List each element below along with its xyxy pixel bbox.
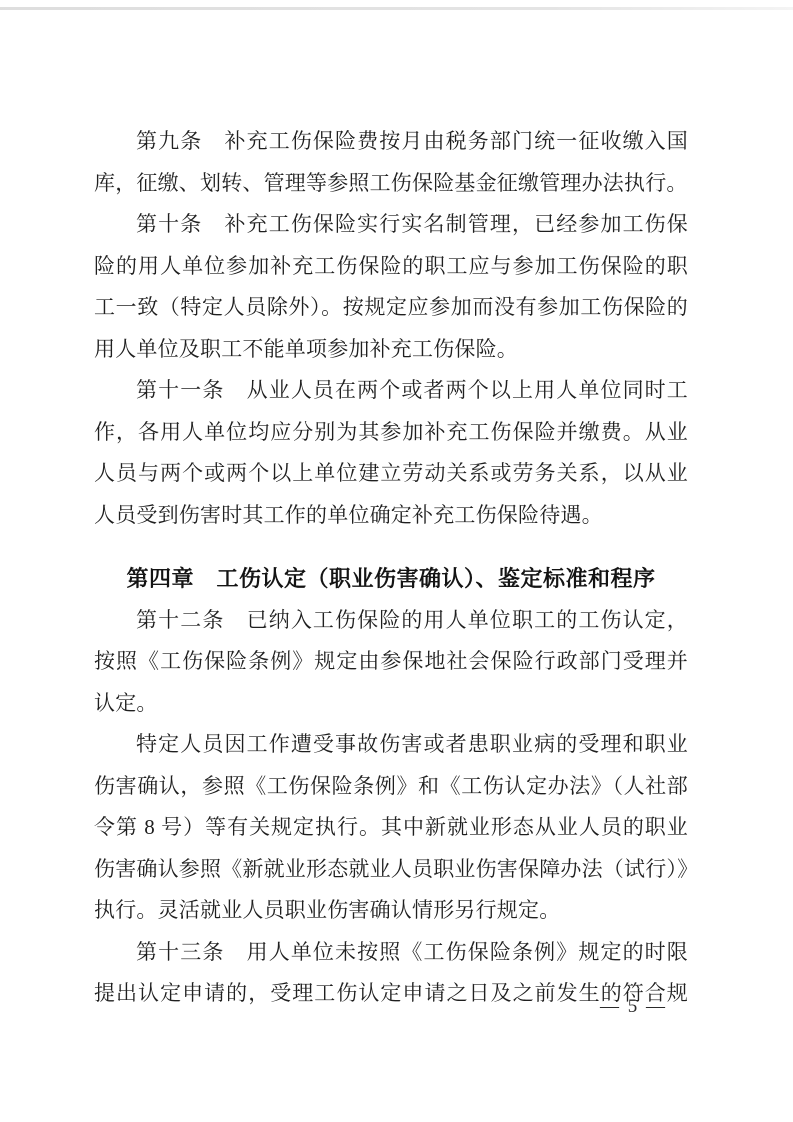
paragraph: 第十三条 用人单位未按照《工伤保险条例》规定的时限提出认定申请的，受理工伤认定申… — [94, 932, 688, 1015]
scan-artifact-line — [0, 7, 793, 10]
page-number: — 5 — — [600, 997, 667, 1016]
document-line: 库，征缴、划转、管理等参照工伤保险基金征缴管理办法执行。 — [94, 163, 688, 205]
document-line: 险的用人单位参加补充工伤保险的职工应与参加工伤保险的职 — [94, 246, 688, 288]
paragraph: 第十二条 已纳入工伤保险的用人单位职工的工伤认定，按照《工伤保险条例》规定由参保… — [94, 600, 688, 725]
document-line: 伤害确认，参照《工伤保险条例》和《工伤认定办法》（人社部 — [94, 766, 688, 808]
paragraph: 第十条 补充工伤保险实行实名制管理，已经参加工伤保险的用人单位参加补充工伤保险的… — [94, 204, 688, 370]
document-line: 工一致（特定人员除外）。按规定应参加而没有参加工伤保险的 — [94, 287, 688, 329]
document-line: 第十二条 已纳入工伤保险的用人单位职工的工伤认定， — [94, 600, 688, 642]
document-line: 作，各用人单位均应分别为其参加补充工伤保险并缴费。从业 — [94, 412, 688, 454]
document-line: 第十一条 从业人员在两个或者两个以上用人单位同时工 — [94, 370, 688, 412]
document-line: 第十条 补充工伤保险实行实名制管理，已经参加工伤保 — [94, 204, 688, 246]
document-line: 人员受到伤害时其工作的单位确定补充工伤保险待遇。 — [94, 495, 688, 537]
document-line: 用人单位及职工不能单项参加补充工伤保险。 — [94, 329, 688, 371]
document-line: 伤害确认参照《新就业形态就业人员职业伤害保障办法（试行）》 — [94, 849, 688, 891]
document-line: 按照《工伤保险条例》规定由参保地社会保险行政部门受理并 — [94, 641, 688, 683]
document-line: 第十三条 用人单位未按照《工伤保险条例》规定的时限 — [94, 932, 688, 974]
document-body: 第九条 补充工伤保险费按月由税务部门统一征收缴入国库，征缴、划转、管理等参照工伤… — [94, 121, 688, 1015]
document-line: 提出认定申请的，受理工伤认定申请之日及之前发生的符合规 — [94, 973, 688, 1015]
document-page: 第九条 补充工伤保险费按月由税务部门统一征收缴入国库，征缴、划转、管理等参照工伤… — [0, 0, 793, 1122]
paragraph: 第十一条 从业人员在两个或者两个以上用人单位同时工作，各用人单位均应分别为其参加… — [94, 370, 688, 536]
chapter-heading: 第四章 工伤认定（职业伤害确认）、鉴定标准和程序 — [94, 558, 688, 600]
document-line: 令第 8 号）等有关规定执行。其中新就业形态从业人员的职业 — [94, 807, 688, 849]
document-line: 特定人员因工作遭受事故伤害或者患职业病的受理和职业 — [94, 724, 688, 766]
document-line: 执行。灵活就业人员职业伤害确认情形另行规定。 — [94, 890, 688, 932]
paragraph: 特定人员因工作遭受事故伤害或者患职业病的受理和职业伤害确认，参照《工伤保险条例》… — [94, 724, 688, 932]
document-line: 第九条 补充工伤保险费按月由税务部门统一征收缴入国 — [94, 121, 688, 163]
document-line: 认定。 — [94, 683, 688, 725]
document-line: 人员与两个或两个以上单位建立劳动关系或劳务关系，以从业 — [94, 453, 688, 495]
paragraph: 第九条 补充工伤保险费按月由税务部门统一征收缴入国库，征缴、划转、管理等参照工伤… — [94, 121, 688, 204]
